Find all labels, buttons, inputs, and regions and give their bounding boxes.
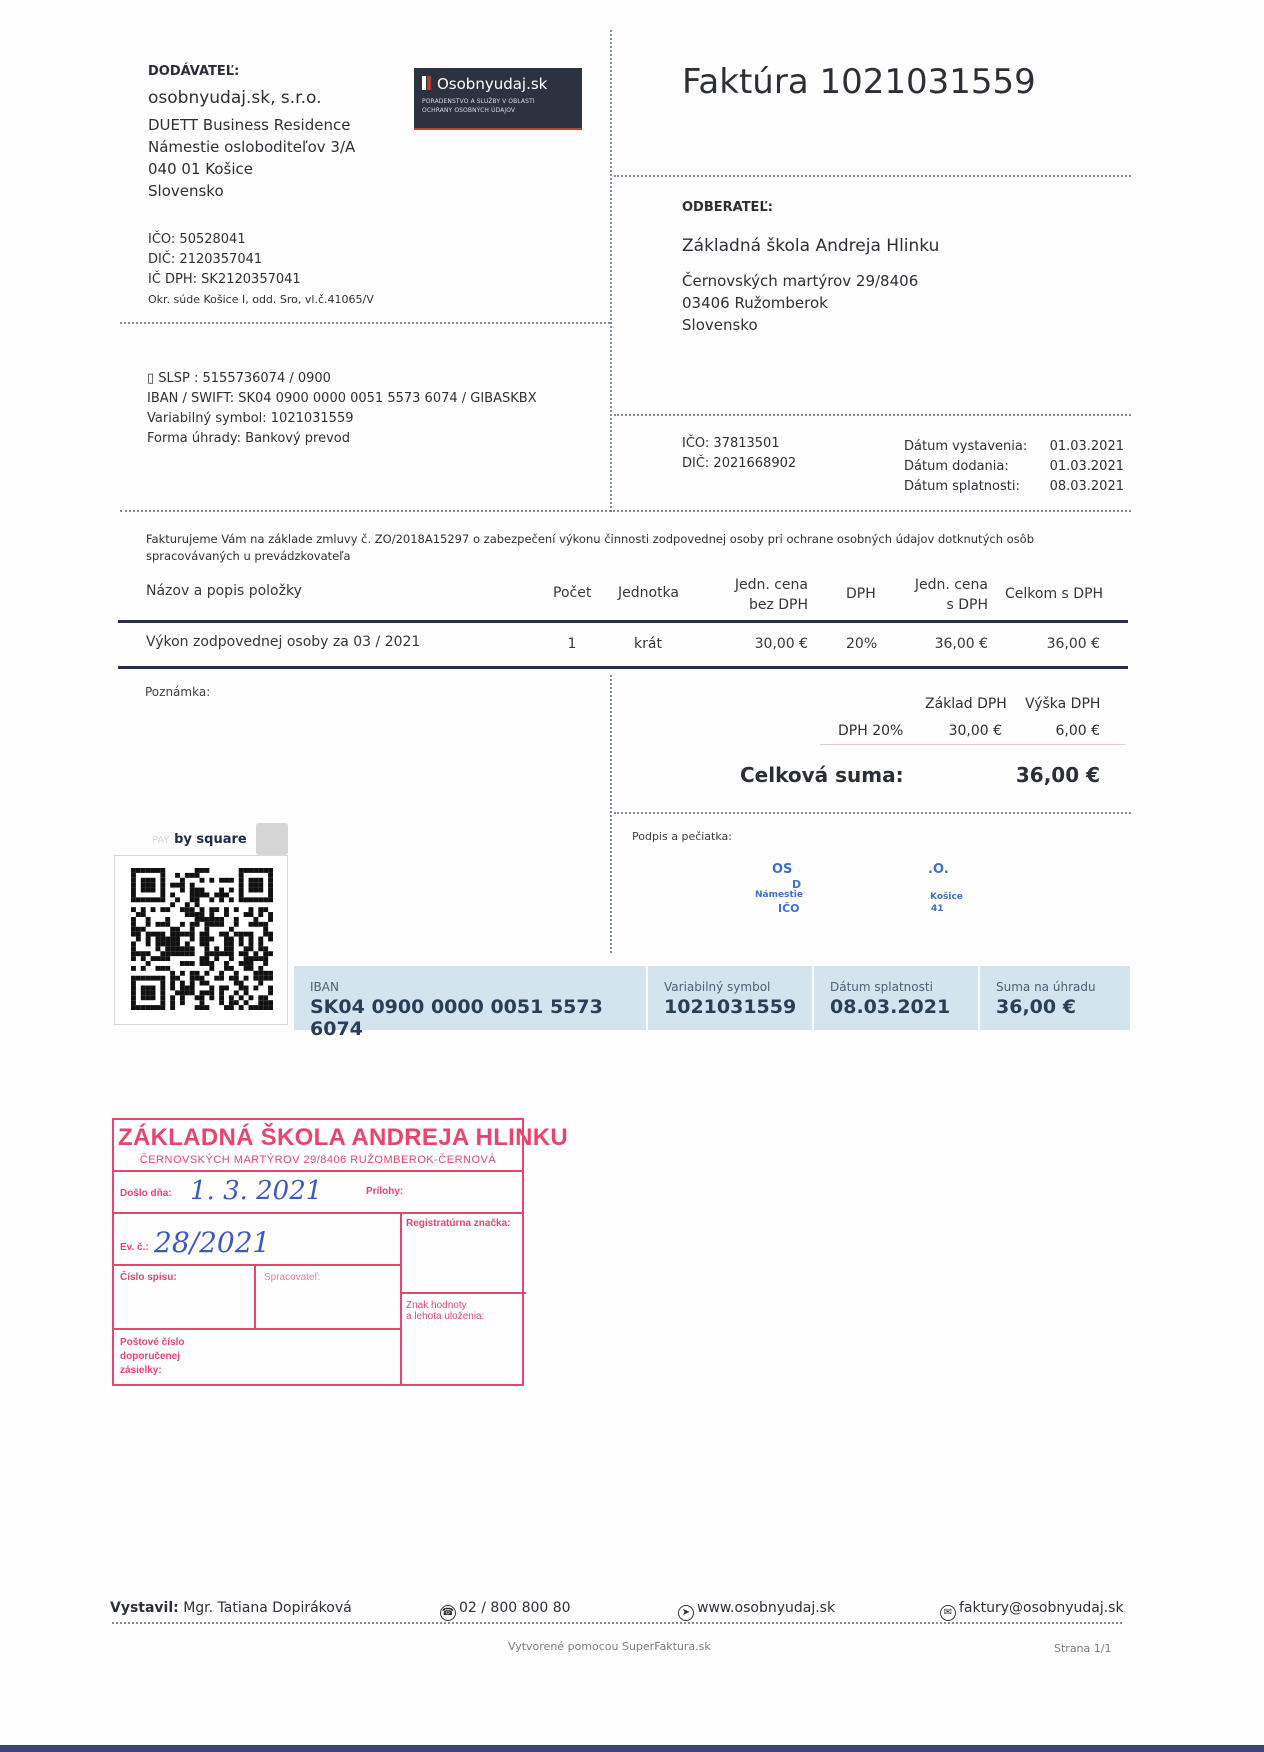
- divider: [614, 175, 1131, 177]
- page-number: Strana 1/1: [1054, 1642, 1111, 1655]
- customer-address: Černovských martýrov 29/8406 03406 Ružom…: [682, 270, 918, 336]
- issued-by: Vystavil: Mgr. Tatiana Dopiráková: [110, 1600, 352, 1616]
- col-header-vat: DPH: [846, 586, 876, 602]
- item-name: Výkon zodpovednej osoby za 03 / 2021: [146, 634, 420, 650]
- item-vat: 20%: [846, 636, 877, 652]
- vat-rate-label: DPH 20%: [838, 723, 903, 739]
- divider: [610, 30, 612, 512]
- table-rule: [118, 620, 1128, 623]
- signature-label: Podpis a pečiatka:: [632, 830, 732, 843]
- pay-by-square-label: PAY by square: [152, 832, 247, 847]
- col-header-unit-price: Jedn. cenabez DPH: [700, 575, 808, 615]
- supplier-ids: IČO: 50528041 DIČ: 2120357041 IČ DPH: SK…: [148, 230, 301, 290]
- scan-edge: [0, 1745, 1264, 1752]
- footer-phone: ☎02 / 800 800 80: [440, 1600, 571, 1621]
- date-row: Dátum dodania:01.03.2021: [904, 457, 1124, 477]
- item-unit-price: 30,00 €: [700, 636, 808, 652]
- cursor-icon: ➤: [678, 1605, 694, 1621]
- vat-base-header: Základ DPH: [925, 696, 1007, 712]
- col-header-unit-price-vat: Jedn. cenas DPH: [880, 575, 988, 615]
- divider: [614, 414, 1131, 416]
- qr-code-icon: [131, 868, 273, 1010]
- footer-email[interactable]: ✉faktury@osobnyudaj.sk: [940, 1600, 1124, 1621]
- table-rule: [118, 666, 1128, 669]
- card-icon: [256, 823, 288, 855]
- supplier-heading: DODÁVATEĽ:: [148, 64, 239, 79]
- total-label: Celková suma:: [740, 763, 904, 787]
- col-header-qty: Počet: [553, 585, 591, 601]
- footer-web[interactable]: ➤www.osobnyudaj.sk: [678, 1600, 835, 1621]
- received-date-handwritten: 1. 3. 2021: [190, 1176, 322, 1206]
- payment-due-date: Dátum splatnosti08.03.2021: [814, 966, 978, 1030]
- vat-base-value: 30,00 €: [900, 723, 1002, 739]
- qr-code-box[interactable]: [114, 855, 288, 1025]
- customer-heading: ODBERATEĽ:: [682, 200, 773, 215]
- col-header-total: Celkom s DPH: [1005, 586, 1103, 602]
- vat-amount-value: 6,00 €: [1000, 723, 1100, 739]
- divider: [120, 322, 610, 324]
- col-header-unit: Jednotka: [618, 585, 679, 601]
- payment-iban: IBANSK04 0900 0000 0051 5573 6074: [294, 966, 646, 1030]
- registry-stamp: ZÁKLADNÁ ŠKOLA ANDREJA HLINKU ČERNOVSKÝC…: [112, 1118, 524, 1386]
- col-header-name: Názov a popis položky: [146, 583, 302, 599]
- customer-name: Základná škola Andreja Hlinku: [682, 236, 939, 256]
- note-label: Poznámka:: [145, 685, 210, 699]
- supplier-name: osobnyudaj.sk, s.r.o.: [148, 88, 322, 108]
- total-value: 36,00 €: [960, 763, 1100, 787]
- divider: [610, 675, 612, 953]
- divider: [614, 812, 1131, 814]
- item-unit-price-vat: 36,00 €: [880, 636, 988, 652]
- item-qty: 1: [560, 636, 584, 652]
- ev-number-handwritten: 28/2021: [154, 1226, 270, 1259]
- dates-block: Dátum vystavenia:01.03.2021 Dátum dodani…: [904, 437, 1124, 497]
- divider: [120, 510, 1131, 512]
- date-row: Dátum vystavenia:01.03.2021: [904, 437, 1124, 457]
- intro-text: Fakturujeme Vám na základe zmluvy č. ZO/…: [146, 531, 1076, 565]
- supplier-registry: Okr. súde Košice I, odd. Sro, vl.č.41065…: [148, 293, 374, 306]
- divider: [112, 1622, 1122, 1624]
- date-row: Dátum splatnosti:08.03.2021: [904, 477, 1124, 497]
- invoice-title: Faktúra 1021031559: [682, 62, 1036, 102]
- mail-icon: ✉: [940, 1605, 956, 1621]
- flag-icon: [422, 76, 426, 90]
- vat-amount-header: Výška DPH: [1025, 696, 1100, 712]
- item-unit: krát: [634, 636, 662, 652]
- payment-amount: Suma na úhradu36,00 €: [980, 966, 1130, 1030]
- company-logo: Osobnyudaj.sk PORADENSTVO A SLUŽBY V OBL…: [414, 68, 582, 130]
- item-total: 36,00 €: [1000, 636, 1100, 652]
- payment-variable-symbol: Variabilný symbol1021031559: [648, 966, 812, 1030]
- divider: [820, 744, 1125, 745]
- created-with: Vytvorené pomocou SuperFaktura.sk: [508, 1640, 711, 1653]
- customer-ids: IČO: 37813501 DIČ: 2021668902: [682, 434, 796, 474]
- bank-details: ▯ SLSP : 5155736074 / 0900 IBAN / SWIFT:…: [147, 369, 537, 449]
- phone-icon: ☎: [440, 1605, 456, 1621]
- supplier-address: DUETT Business Residence Námestie oslobo…: [148, 114, 355, 202]
